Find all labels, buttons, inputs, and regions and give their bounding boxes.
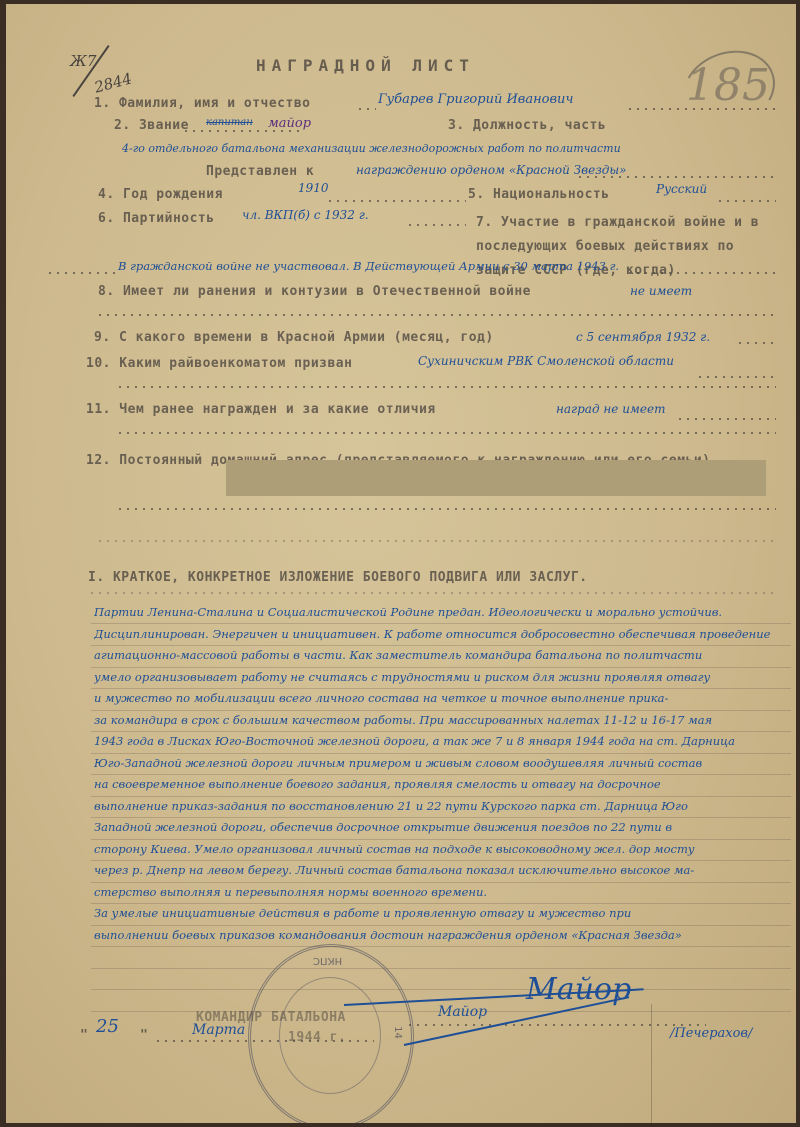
narrative-text: Партии Ленина-Сталина и Социалистической… bbox=[94, 602, 794, 946]
archive-subnumber: 2844 bbox=[92, 69, 134, 96]
date-month: Марта bbox=[192, 1022, 245, 1038]
narrative-line: выполнении боевых приказов командования … bbox=[94, 925, 794, 947]
narrative-line: За умелые инициативные действия в работе… bbox=[94, 903, 794, 925]
signature-divider bbox=[651, 1004, 652, 1123]
commander-rank: Майор bbox=[438, 1004, 487, 1020]
date-year: 1944 г. bbox=[288, 1030, 346, 1045]
field-2-value: майор bbox=[268, 116, 311, 131]
field-9-label: 9. С какого времени в Красной Армии (мес… bbox=[94, 330, 494, 345]
field-10-value: Сухиничским РВК Смоленской области bbox=[418, 354, 674, 368]
field-3-label: 3. Должность, часть bbox=[448, 118, 606, 133]
date-close-quote: " bbox=[140, 1028, 148, 1043]
field-9-value: с 5 сентября 1932 г. bbox=[576, 330, 710, 344]
field-3-value: Заместитель командира 4-го отдельного ба… bbox=[122, 142, 782, 158]
field-8-label: 8. Имеет ли ранения и контузии в Отечест… bbox=[98, 284, 531, 299]
narrative-line: на своевременное выполнение боевого зада… bbox=[94, 774, 794, 796]
field-8-value: не имеет bbox=[630, 284, 692, 298]
narrative-line: агитационно-массовой работы в части. Как… bbox=[94, 645, 794, 667]
narrative-line: и мужество по мобилизации всего личного … bbox=[94, 688, 794, 710]
field-1-label: 1. Фамилия, имя и отчество bbox=[94, 96, 311, 111]
presented-value: награждению орденом «Красной Звезды» bbox=[356, 163, 627, 177]
presented-label: Представлен к bbox=[206, 164, 314, 179]
narrative-line: умело организовывает работу не считаясь … bbox=[94, 667, 794, 689]
field-4-label: 4. Год рождения bbox=[98, 187, 223, 202]
field-2-crossed-value: капитан bbox=[206, 117, 253, 128]
narrative-line: 1943 года в Лисках Юго-Восточной железно… bbox=[94, 731, 794, 753]
date-day: 25 bbox=[96, 1016, 119, 1037]
award-sheet: Ж7 2844 185 НАГРАДНОЙ ЛИСТ 1. Фамилия, и… bbox=[6, 4, 796, 1123]
field-11-label: 11. Чем ранее награжден и за какие отлич… bbox=[86, 402, 436, 417]
narrative-line: Партии Ленина-Сталина и Социалистической… bbox=[94, 602, 794, 624]
field-4-value: 1910 bbox=[298, 181, 329, 195]
narrative-line: Дисциплинирован. Энергичен и инициативен… bbox=[94, 624, 794, 646]
narrative-line: выполнение приказ-задания по восстановле… bbox=[94, 796, 794, 818]
field-6-label: 6. Партийность bbox=[98, 211, 215, 226]
narrative-line: Западной железной дороги, обеспечив доср… bbox=[94, 817, 794, 839]
narrative-line: сторону Киева. Умело организовал личный … bbox=[94, 839, 794, 861]
stamp-top-text: НКПС bbox=[313, 955, 342, 966]
redacted-address bbox=[226, 460, 766, 496]
narrative-line: за командира в срок с большим качеством … bbox=[94, 710, 794, 732]
field-6-value: чл. ВКП(б) с 1932 г. bbox=[242, 208, 369, 222]
narrative-line: через р. Днепр на левом берегу. Личный с… bbox=[94, 860, 794, 882]
narrative-line: Юго-Западной железной дороги личным прим… bbox=[94, 753, 794, 775]
field-7-value: В гражданской войне не участвовал. В Дей… bbox=[118, 259, 619, 273]
narrative-line: стерство выполняя и перевыполняя нормы в… bbox=[94, 882, 794, 904]
section-heading: I. КРАТКОЕ, КОНКРЕТНОЕ ИЗЛОЖЕНИЕ БОЕВОГО… bbox=[88, 570, 588, 585]
commander-name: /Печерахов/ bbox=[670, 1026, 752, 1041]
field-10-label: 10. Каким райвоенкоматом призван bbox=[86, 356, 352, 371]
signature-scribble: Майор bbox=[526, 972, 631, 1007]
field-11-value: наград не имеет bbox=[556, 402, 665, 416]
field-5-value: Русский bbox=[656, 182, 707, 196]
document-title: НАГРАДНОЙ ЛИСТ bbox=[256, 56, 475, 75]
date-open-quote: " bbox=[80, 1028, 88, 1043]
field-5-label: 5. Национальность bbox=[468, 187, 610, 202]
stamp-number: 14 bbox=[392, 1026, 403, 1039]
pencil-number: 185 bbox=[686, 60, 770, 111]
field-1-value: Губарев Григорий Иванович bbox=[378, 92, 574, 107]
field-2-label: 2. Звание bbox=[114, 118, 189, 133]
